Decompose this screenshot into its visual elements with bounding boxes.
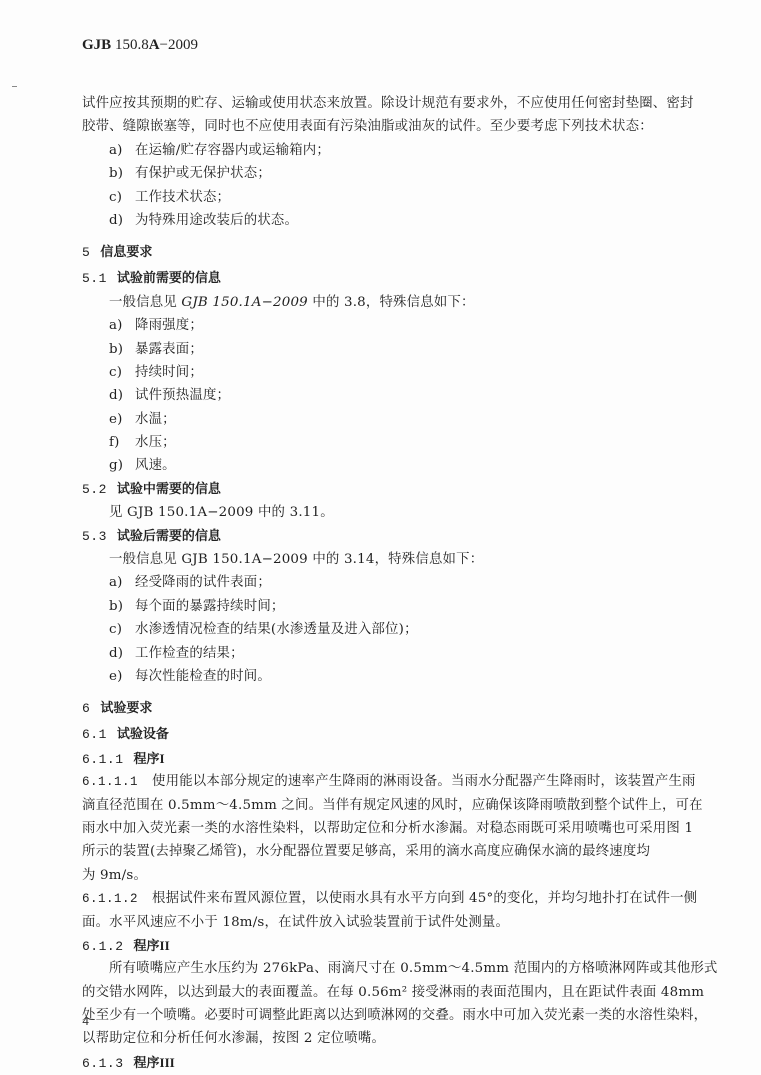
intro-item-c: c)工作技术状态； (82, 186, 706, 209)
s53-item-a: a)经受降雨的试件表面； (82, 571, 706, 594)
intro-item-a: a)在运输/贮存容器内或运输箱内； (82, 139, 706, 162)
reference-standard: GJB 150.1A−2009 (181, 295, 307, 310)
item-label: d) (109, 209, 135, 232)
procedure-roman-numeral: III (160, 1055, 175, 1070)
section-5-2-text: 见 GJB 150.1A−2009 中的 3.11。 (82, 501, 706, 524)
intro-item-b: b)有保护或无保护状态； (82, 162, 706, 185)
paragraph-6-1-1-1: 6.1.1.1使用能以本部分规定的速率产生降雨的淋雨设备。当雨水分配器产生降雨时… (82, 770, 706, 887)
s51-item-g: g)风速。 (82, 454, 706, 477)
section-5-2-heading: 5.2试验中需要的信息 (82, 478, 706, 501)
paragraph-line: 所示的装置(去掉聚乙烯管)，水分配器位置要足够高，采用的滴水高度应确保水滴的最终… (82, 840, 706, 863)
item-text: 水渗透情况检查的结果(水渗透量及进入部位)； (135, 622, 418, 637)
item-text: 风速。 (135, 458, 176, 473)
paragraph-line: 6.1.1.1使用能以本部分规定的速率产生降雨的淋雨设备。当雨水分配器产生降雨时… (82, 770, 706, 793)
scan-mark (12, 86, 17, 87)
paragraph-line: 为 9m/s。 (82, 864, 706, 887)
item-label: d) (109, 384, 135, 407)
item-text: 有保护或无保护状态； (135, 166, 271, 181)
paragraph-line: 以帮助定位和分析任何水渗漏，按图 2 定位喷嘴。 (82, 1027, 706, 1050)
section-title: 程序 (134, 1056, 160, 1071)
item-label: f) (109, 431, 135, 454)
paragraph-number: 6.1.1.1 (82, 771, 138, 794)
section-6-1-heading: 6.1试验设备 (82, 723, 706, 746)
s53-item-d: d)工作检查的结果； (82, 642, 706, 665)
section-number: 6.1.3 (82, 1052, 124, 1075)
item-text: 试件预热温度； (135, 388, 230, 403)
item-label: e) (109, 408, 135, 431)
section-6-1-1-heading: 6.1.1程序I (82, 747, 706, 770)
paragraph-text: 使用能以本部分规定的速率产生降雨的淋雨设备。当雨水分配器产生降雨时，该装置产生雨 (152, 774, 696, 789)
section-title: 程序 (134, 752, 160, 767)
document-body: 试件应按其预期的贮存、运输或使用状态来放置。除设计规范有要求外，不应使用任何密封… (82, 92, 706, 1074)
s51-item-c: c)持续时间； (82, 361, 706, 384)
paragraph-line: 的交错水网阵，以达到最大的表面覆盖。在每 0.56m² 接受淋雨的表面范围内，且… (82, 981, 706, 1004)
section-number: 6.1.2 (82, 935, 124, 958)
item-text: 在运输/贮存容器内或运输箱内； (135, 143, 330, 158)
section-5-1-heading: 5.1试验前需要的信息 (82, 267, 706, 290)
header-code-number: 150.8 (111, 37, 149, 53)
intro-line-1: 试件应按其预期的贮存、运输或使用状态来放置。除设计规范有要求外，不应使用任何密封… (82, 92, 706, 115)
header-code-suffix: A (149, 37, 160, 53)
procedure-roman-numeral: II (160, 938, 170, 953)
header-code-year: −2009 (160, 37, 198, 53)
header-code-prefix: GJB (82, 37, 111, 53)
s51-item-a: a)降雨强度； (82, 314, 706, 337)
standard-code-header: GJB 150.8A−2009 (82, 37, 198, 54)
procedure-roman-numeral: I (160, 751, 165, 766)
paragraph-6-1-1-2: 6.1.1.2根据试件来布置风源位置，以使雨水具有水平方向到 45°的变化，并均… (82, 887, 706, 934)
item-label: d) (109, 642, 135, 665)
section-title: 程序 (134, 939, 160, 954)
section-title: 试验前需要的信息 (117, 271, 221, 286)
section-number: 6 (82, 695, 90, 723)
intro-item-d: d)为特殊用途改装后的状态。 (82, 209, 706, 232)
item-text: 暴露表面； (135, 342, 203, 357)
intro-line-2: 胶带、缝隙嵌塞等，同时也不应使用表面有污染油脂或油灰的试件。至少要考虑下列技术状… (82, 115, 706, 138)
item-label: g) (109, 454, 135, 477)
section-number: 5.3 (82, 525, 107, 548)
section-title: 试验设备 (117, 727, 169, 742)
item-label: a) (109, 139, 135, 162)
lead-text: 一般信息见 (109, 295, 181, 310)
section-6-1-2-heading: 6.1.2程序II (82, 934, 706, 957)
section-number: 5.1 (82, 267, 107, 290)
section-number: 6.1 (82, 723, 107, 746)
item-label: b) (109, 595, 135, 618)
item-text: 工作技术状态； (135, 190, 230, 205)
section-5-1-lead: 一般信息见 GJB 150.1A−2009 中的 3.8，特殊信息如下： (82, 291, 706, 314)
paragraph-line: 处至少有一个喷嘴。必要时可调整此距离以达到喷淋网的交叠。雨水中可加入荧光素一类的… (82, 1004, 706, 1027)
item-text: 持续时间； (135, 365, 203, 380)
section-6-1-3-heading: 6.1.3程序III (82, 1051, 706, 1074)
item-text: 每个面的暴露持续时间； (135, 599, 285, 614)
section-6-heading: 6试验要求 (82, 695, 706, 723)
document-page: GJB 150.8A−2009 试件应按其预期的贮存、运输或使用状态来放置。除设… (0, 0, 761, 1075)
item-text: 为特殊用途改装后的状态。 (135, 213, 298, 228)
item-label: c) (109, 361, 135, 384)
section-5-heading: 5信息要求 (82, 239, 706, 267)
section-5-3-lead: 一般信息见 GJB 150.1A−2009 中的 3.14，特殊信息如下： (82, 548, 706, 571)
item-label: c) (109, 186, 135, 209)
item-label: b) (109, 162, 135, 185)
item-label: a) (109, 314, 135, 337)
paragraph-line: 6.1.1.2根据试件来布置风源位置，以使雨水具有水平方向到 45°的变化，并均… (82, 887, 706, 910)
paragraph-number: 6.1.1.2 (82, 888, 138, 911)
paragraph-line: 滴直径范围在 0.5mm～4.5mm 之间。当伴有规定风速的风时，应确保该降雨喷… (82, 794, 706, 817)
s51-item-b: b)暴露表面； (82, 338, 706, 361)
s53-item-c: c)水渗透情况检查的结果(水渗透量及进入部位)； (82, 618, 706, 641)
item-text: 经受降雨的试件表面； (135, 575, 271, 590)
item-label: c) (109, 618, 135, 641)
item-text: 水压； (135, 435, 176, 450)
item-text: 工作检查的结果； (135, 646, 244, 661)
paragraph-6-1-2: 所有喷嘴应产生水压约为 276kPa、雨滴尺寸在 0.5mm～4.5mm 范围内… (82, 957, 706, 1051)
item-label: b) (109, 338, 135, 361)
section-title: 试验中需要的信息 (117, 482, 221, 497)
item-label: a) (109, 571, 135, 594)
s51-item-e: e)水温； (82, 408, 706, 431)
paragraph-line: 面。水平风速应不小于 18m/s，在试件放入试验装置前于试件处测量。 (82, 911, 706, 934)
section-5-3-heading: 5.3试验后需要的信息 (82, 525, 706, 548)
section-number: 6.1.1 (82, 748, 124, 771)
item-text: 降雨强度； (135, 318, 203, 333)
paragraph-text: 根据试件来布置风源位置，以使雨水具有水平方向到 45°的变化，并均匀地扑打在试件… (152, 891, 697, 906)
page-number: 4 (82, 1015, 89, 1029)
lead-text: 中的 3.8，特殊信息如下： (308, 295, 475, 310)
s51-item-d: d)试件预热温度； (82, 384, 706, 407)
paragraph-line: 所有喷嘴应产生水压约为 276kPa、雨滴尺寸在 0.5mm～4.5mm 范围内… (82, 957, 706, 980)
s51-item-f: f)水压； (82, 431, 706, 454)
paragraph-line: 雨水中加入荧光素一类的水溶性染料，以帮助定位和分析水渗漏。对稳态雨既可采用喷嘴也… (82, 817, 706, 840)
item-text: 水温； (135, 412, 176, 427)
s53-item-e: e)每次性能检查的时间。 (82, 665, 706, 688)
item-label: e) (109, 665, 135, 688)
section-title: 试验后需要的信息 (117, 529, 221, 544)
section-title: 试验要求 (100, 701, 152, 716)
section-number: 5.2 (82, 478, 107, 501)
section-number: 5 (82, 239, 90, 267)
s53-item-b: b)每个面的暴露持续时间； (82, 595, 706, 618)
section-title: 信息要求 (100, 245, 152, 260)
item-text: 每次性能检查的时间。 (135, 669, 271, 684)
